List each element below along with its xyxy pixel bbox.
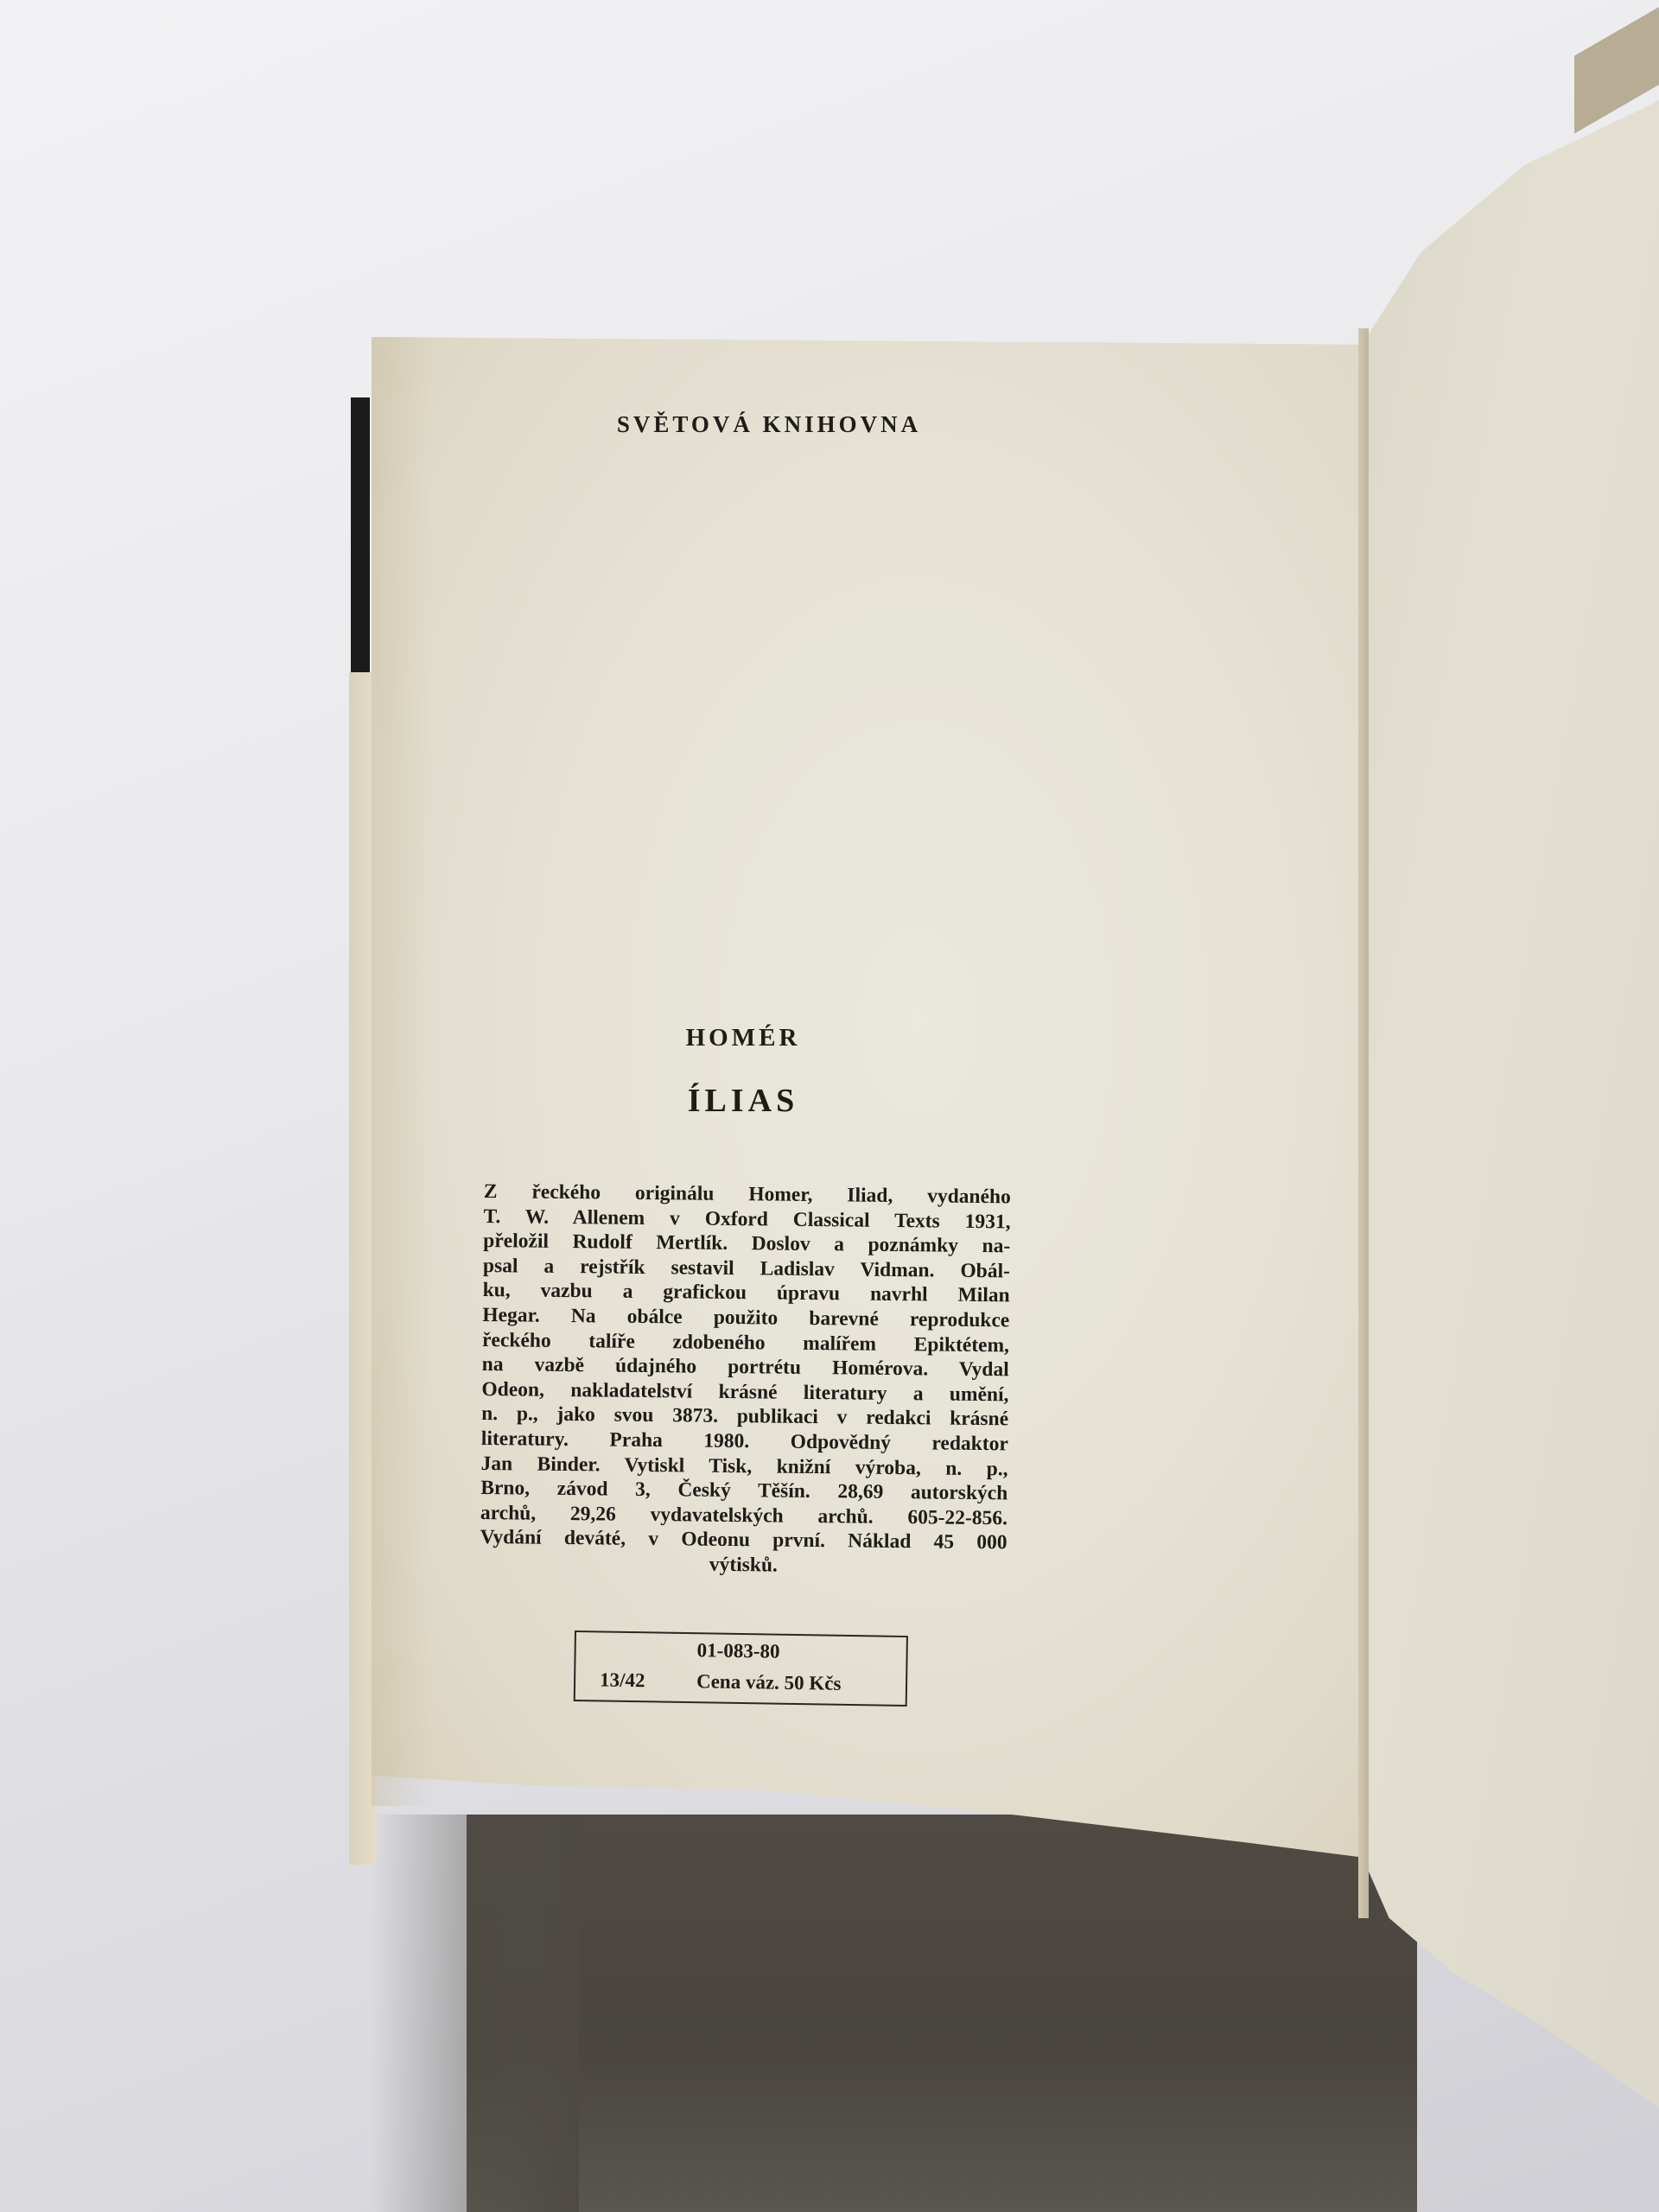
author-name: HOMÉR — [553, 1024, 933, 1052]
price-group: 13/42 — [600, 1669, 645, 1692]
spine-binding-strip — [351, 397, 370, 672]
book-shadow — [467, 1815, 1417, 2212]
catalog-code: 01-083-80 — [696, 1639, 779, 1663]
right-page — [1365, 35, 1659, 2212]
book-shadow-fade — [372, 1815, 579, 2212]
colophon-text: Z řeckého originálu Homer, Iliad, vydané… — [480, 1179, 1011, 1580]
book-title: ÍLIAS — [553, 1082, 933, 1120]
price-box: 01-083-80 13/42 Cena váz. 50 Kčs — [574, 1630, 908, 1707]
price-label: Cena váz. 50 Kčs — [696, 1670, 842, 1695]
imprint-page: SVĚTOVÁ KNIHOVNA HOMÉR ÍLIAS Z řeckého o… — [372, 337, 1365, 1858]
series-title: SVĚTOVÁ KNIHOVNA — [596, 411, 942, 438]
